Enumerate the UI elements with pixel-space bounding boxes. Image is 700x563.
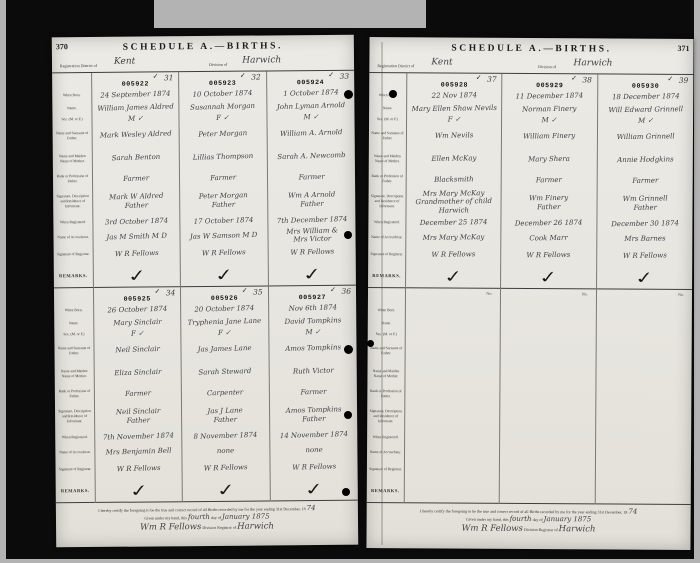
registrar-place: Harwich — [237, 521, 274, 531]
footer-print: I hereby certify the foregoing to be the… — [420, 508, 627, 514]
ink-dot — [389, 90, 397, 98]
row-label: Sex. (M. or F.) — [368, 329, 405, 340]
row-label: Name. — [368, 317, 405, 329]
field-registrar-signature: W R Fellows — [268, 242, 356, 264]
field-registrar-signature: W R Fellows — [270, 457, 358, 479]
check-mark-icon: ✓ — [328, 71, 334, 79]
check-mark-icon: ✓ — [303, 478, 325, 500]
row-label: Signature of Registrar. — [55, 460, 94, 479]
division-label: Division of — [209, 62, 227, 67]
field-mother: Sarah Steward — [182, 359, 269, 387]
footer-print: Given under my hand, this — [466, 517, 509, 522]
footer-year: 74 — [628, 508, 637, 516]
stamp-number: 005922 — [122, 80, 149, 87]
row-label: When Born. — [369, 89, 406, 102]
entry-column: ✓ 36 005927 Nov 6th 1874 David Tompkins … — [269, 286, 358, 502]
row-label: REMARKS. — [56, 479, 95, 503]
field-remarks: ✓ — [268, 262, 356, 287]
entry-column-blank: No. — [500, 289, 597, 505]
footer-print: I hereby certify the foregoing to be the… — [98, 506, 305, 513]
row-label: Name of Accoucheur. — [55, 444, 94, 460]
registrar-place: Harwich — [559, 524, 596, 534]
check-mark-icon: ✓ — [215, 479, 237, 501]
footer-print: Division Registrar of — [202, 525, 236, 530]
row-label: Name of Accoucheur. — [53, 229, 92, 245]
row-label: Signature of Registrar. — [54, 245, 93, 264]
field-father: Wm Nevils — [407, 125, 502, 147]
field-father: William Finery — [502, 125, 597, 147]
no-label: No. — [486, 291, 492, 296]
check-mark-icon: ✓ — [242, 287, 248, 295]
field-informant: Mark W Aldred Father — [93, 185, 180, 217]
no-label: No. — [678, 292, 684, 297]
check-mark-icon: ✓ — [154, 287, 160, 295]
check-mark-icon: ✓ — [476, 74, 482, 82]
check-mark-icon: ✓ — [330, 286, 336, 294]
field-informant: Peter Morgan Father — [180, 185, 267, 217]
entry-number: 32 — [251, 73, 261, 82]
check-mark-icon: ✓ — [128, 480, 150, 502]
footer-day: fourth — [188, 513, 210, 521]
entry-number: 39 — [679, 76, 689, 85]
row-label: Sex. (M. or F.) — [54, 329, 93, 340]
footer-print: day of — [211, 515, 221, 520]
row-label: Name. — [54, 317, 93, 329]
entry-number: 37 — [487, 75, 497, 84]
entry-number: 34 — [166, 288, 176, 297]
register-page-right: 371 SCHEDULE A.—BIRTHS. Registration Dis… — [366, 37, 693, 550]
field-registrar-signature: W R Fellows — [183, 458, 270, 480]
entry-band: When Born. Name. Sex. (M. or F.) Name an… — [52, 71, 356, 289]
field-registrar-signature: W R Fellows — [95, 458, 182, 480]
row-label: Name. — [369, 102, 406, 114]
footer-print: day of — [533, 517, 543, 522]
entry-header: ✓ 37 005928 — [407, 73, 501, 90]
field-remarks: ✓ — [94, 263, 181, 288]
stamp-number: 005929 — [536, 82, 563, 89]
district-value: Kent — [114, 57, 135, 67]
entry-column: ✓ 35 005926 20 October 1874 Tryphenia Ja… — [181, 286, 270, 502]
row-label: Name of Accoucheur. — [368, 229, 405, 245]
page-title: SCHEDULE A.—BIRTHS. — [52, 35, 354, 54]
entry-column: ✓ 32 005923 10 October 1874 Susannah Mor… — [179, 71, 268, 287]
stamp-number: 005924 — [297, 79, 324, 86]
check-mark-icon: ✓ — [240, 72, 246, 80]
footer-print: Division Registrar of — [524, 527, 558, 532]
page-crease — [381, 42, 383, 545]
field-remarks: ✓ — [183, 477, 270, 502]
registrar-signature: Wm R Fellows — [140, 522, 201, 533]
entry-column: ✓ 37 005928 22 Nov 1874 Mary Ellen Shaw … — [406, 73, 503, 289]
certification-footer: I hereby certify the foregoing to be the… — [56, 501, 358, 548]
row-label: Name. — [52, 102, 91, 114]
entry-number: 31 — [164, 73, 174, 82]
field-labels-column: When Born. Name. Sex. (M. or F.) Name an… — [52, 73, 94, 288]
page-number: 371 — [677, 44, 689, 53]
row-label: Signature, Description and Residence of … — [367, 402, 404, 431]
row-label: When Registered. — [367, 431, 404, 444]
ink-dot — [344, 411, 352, 419]
field-mother: Annie Hodgkins — [597, 147, 693, 173]
field-father: William A. Arnold — [267, 122, 355, 146]
row-label: Signature, Description and Residence of … — [55, 402, 94, 431]
row-label: Rank or Profession of Father. — [367, 386, 404, 402]
check-mark-icon: ✓ — [153, 72, 159, 80]
ink-dot — [344, 231, 352, 239]
field-registrar-signature: W R Fellows — [181, 243, 268, 265]
footer-month: January 1875 — [222, 512, 270, 520]
field-accoucheur: Mrs Mary McKay — [406, 229, 501, 246]
field-informant: Mrs Mary McKay Grandmother of child Harw… — [406, 187, 501, 217]
ink-dot — [367, 340, 374, 347]
field-rank: Blacksmith — [407, 171, 502, 188]
page-header: 371 SCHEDULE A.—BIRTHS. — [369, 37, 693, 57]
entry-number: 38 — [582, 75, 592, 84]
stamp-number: 005926 — [211, 295, 238, 302]
footer-print: Given under my hand, this — [144, 515, 187, 520]
check-mark-icon: ✓ — [442, 266, 464, 288]
row-label: Name and Maiden Name of Mother. — [55, 361, 94, 386]
entry-header: ✓ 32 005923 — [179, 71, 265, 88]
field-remarks: ✓ — [406, 264, 500, 289]
division-label: Division of — [538, 64, 556, 69]
field-mother: Mary Shera — [502, 146, 597, 172]
entry-column-blank: No. — [405, 288, 502, 504]
field-labels-column: When Born. Name. Sex. (M. or F.) Name an… — [54, 288, 96, 503]
scan-backing — [426, 0, 694, 38]
entry-column: ✓ 31 005922 24 September 1874 William Ja… — [92, 72, 181, 288]
entry-column: ✓ 33 005924 1 October 1874 John Lyman Ar… — [267, 71, 356, 287]
entry-header: ✓ 36 005927 — [269, 286, 356, 303]
entry-band: When Born. Name. Sex. (M. or F.) Name an… — [368, 73, 693, 290]
row-label: When Born. — [368, 304, 405, 317]
row-label: REMARKS. — [368, 264, 405, 288]
row-label: When Registered. — [55, 431, 94, 444]
entry-header: No. — [597, 289, 692, 306]
row-label: Signature, Description and Residence of … — [53, 187, 92, 216]
row-label: REMARKS. — [367, 479, 404, 503]
field-informant: Wm A Arnold Father — [267, 184, 355, 216]
entry-header: ✓ 38 005929 — [503, 74, 597, 91]
field-father: Jas James Lane — [182, 338, 269, 362]
check-mark-icon: ✓ — [667, 75, 673, 83]
entry-band: When Born. Name. Sex. (M. or F.) Name an… — [54, 286, 358, 504]
entry-number: 35 — [253, 287, 263, 296]
row-label: Name and Maiden Name of Mother. — [369, 146, 406, 171]
field-registrar-signature: W R Fellows — [406, 245, 501, 265]
entry-header: No. — [501, 289, 595, 306]
check-mark-icon: ✓ — [126, 265, 148, 287]
row-label: Name and Surname of Father. — [369, 125, 406, 146]
field-informant: Wm Grinnell Father — [597, 188, 693, 218]
stamp-number: 005923 — [209, 80, 236, 87]
footer-month: January 1875 — [544, 515, 592, 523]
footer-year: 74 — [307, 504, 316, 512]
ink-dot — [342, 488, 350, 496]
footer-signature: Wm R Fellows Division Registrar of Harwi… — [367, 522, 691, 535]
check-mark-icon: ✓ — [634, 267, 656, 289]
field-mother: Eliza Sinclair — [94, 359, 181, 387]
stamp-number: 005927 — [299, 294, 326, 301]
entry-number: 36 — [341, 287, 351, 296]
row-label: Name and Maiden Name of Mother. — [53, 146, 92, 171]
entry-header: ✓ 31 005922 — [92, 72, 178, 89]
page-title: SCHEDULE A.—BIRTHS. — [369, 37, 693, 55]
row-label: Signature of Registrar. — [368, 245, 405, 264]
division-value: Harwich — [242, 55, 281, 65]
field-rank: Farmer — [597, 172, 693, 189]
entry-number: 33 — [340, 72, 350, 81]
division-value: Harwich — [573, 58, 612, 68]
entry-header: No. — [406, 288, 500, 305]
field-remarks: ✓ — [501, 265, 595, 290]
field-informant: Wm Finery Father — [502, 187, 597, 217]
check-mark-icon: ✓ — [213, 264, 235, 286]
field-labels-column: When Born. Name. Sex. (M. or F.) Name an… — [367, 288, 406, 503]
field-mother: Sarah Benton — [92, 144, 179, 172]
field-remarks: ✓ — [597, 265, 692, 290]
check-mark-icon: ✓ — [301, 263, 323, 285]
row-label: Sex. (M. or F.) — [52, 114, 91, 125]
ink-dot — [344, 345, 353, 354]
row-label: When Registered. — [53, 216, 92, 229]
row-label: Rank or Profession of Father. — [55, 386, 94, 402]
row-label: Signature of Registrar. — [367, 460, 404, 479]
row-label: Rank or Profession of Father. — [53, 171, 92, 187]
register-page-left: 370 SCHEDULE A.—BIRTHS. Registration Dis… — [52, 35, 358, 548]
entry-column-blank: No. — [595, 289, 692, 505]
field-father: William Grinnell — [597, 126, 693, 148]
row-label: When Born. — [52, 89, 91, 102]
footer-day: fourth — [510, 515, 532, 523]
field-accoucheur: Mrs Barnes — [597, 230, 693, 247]
entry-header: ✓ 33 005924 — [267, 71, 354, 88]
field-father: Mark Wesley Aldred — [92, 123, 179, 147]
row-label: Name and Surname of Father. — [53, 125, 92, 146]
row-label: Name of Accoucheur. — [367, 444, 404, 460]
entry-header: ✓ 39 005930 — [598, 74, 693, 91]
entry-header: ✓ 35 005926 — [181, 286, 267, 303]
field-remarks: ✓ — [181, 262, 268, 287]
no-label: No. — [582, 291, 588, 296]
field-labels-column: When Born. Name. Sex. (M. or F.) Name an… — [368, 73, 407, 288]
field-informant: Jas J Lane Father — [182, 400, 269, 432]
field-accoucheur: Cook Marr — [502, 229, 597, 246]
row-label: Signature, Description and Residence of … — [368, 187, 405, 216]
entry-column: ✓ 38 005929 11 December 1874 Norman Fine… — [501, 74, 598, 290]
field-mother: Ruth Victor — [269, 358, 357, 386]
row-label: When Born. — [54, 304, 93, 317]
field-mother: Sarah A. Newcomb — [267, 143, 355, 171]
page-number: 370 — [56, 42, 68, 51]
stamp-number: 005925 — [124, 295, 151, 302]
field-rank: Farmer — [502, 171, 597, 188]
check-mark-icon: ✓ — [571, 74, 577, 82]
stamp-number: 005928 — [441, 81, 468, 88]
certification-footer: I hereby certify the foregoing to be the… — [366, 503, 690, 549]
entry-column: ✓ 34 005925 26 October 1874 Mary Sinclai… — [94, 287, 183, 503]
row-label: Name and Surname of Father. — [54, 340, 93, 361]
field-mother: Lillias Thompson — [180, 144, 267, 172]
entry-band-blank: When Born. Name. Sex. (M. or F.) Name an… — [367, 288, 692, 505]
row-label: Rank or Profession of Father. — [369, 171, 406, 187]
entry-column: ✓ 39 005930 18 December 1874 Will Edward… — [597, 74, 694, 290]
entry-header: ✓ 34 005925 — [94, 287, 180, 304]
row-label: Sex. (M. or F.) — [369, 114, 406, 125]
district-label: Registration District of — [60, 63, 97, 68]
row-label: Name and Maiden Name of Mother. — [367, 361, 404, 386]
district-row: Registration District of Kent Division o… — [369, 55, 693, 75]
field-registrar-signature: W R Fellows — [501, 245, 596, 265]
field-informant: Neil Sinclair Father — [95, 400, 182, 432]
field-registrar-signature: W R Fellows — [597, 246, 693, 266]
registrar-signature: Wm R Fellows — [462, 524, 523, 534]
check-mark-icon: ✓ — [538, 266, 560, 288]
stamp-number: 005930 — [632, 83, 659, 90]
field-registrar-signature: W R Fellows — [93, 243, 180, 265]
field-mother: Ellen McKay — [407, 146, 502, 172]
row-label: When Registered. — [368, 216, 405, 229]
footer-signature: Wm R Fellows Division Registrar of Harwi… — [56, 520, 358, 534]
ink-dot — [344, 90, 353, 99]
district-value: Kent — [431, 57, 452, 67]
field-father: Peter Morgan — [180, 123, 267, 147]
row-label: REMARKS. — [54, 264, 93, 288]
field-remarks: ✓ — [96, 478, 183, 503]
field-father: Neil Sinclair — [94, 338, 181, 362]
